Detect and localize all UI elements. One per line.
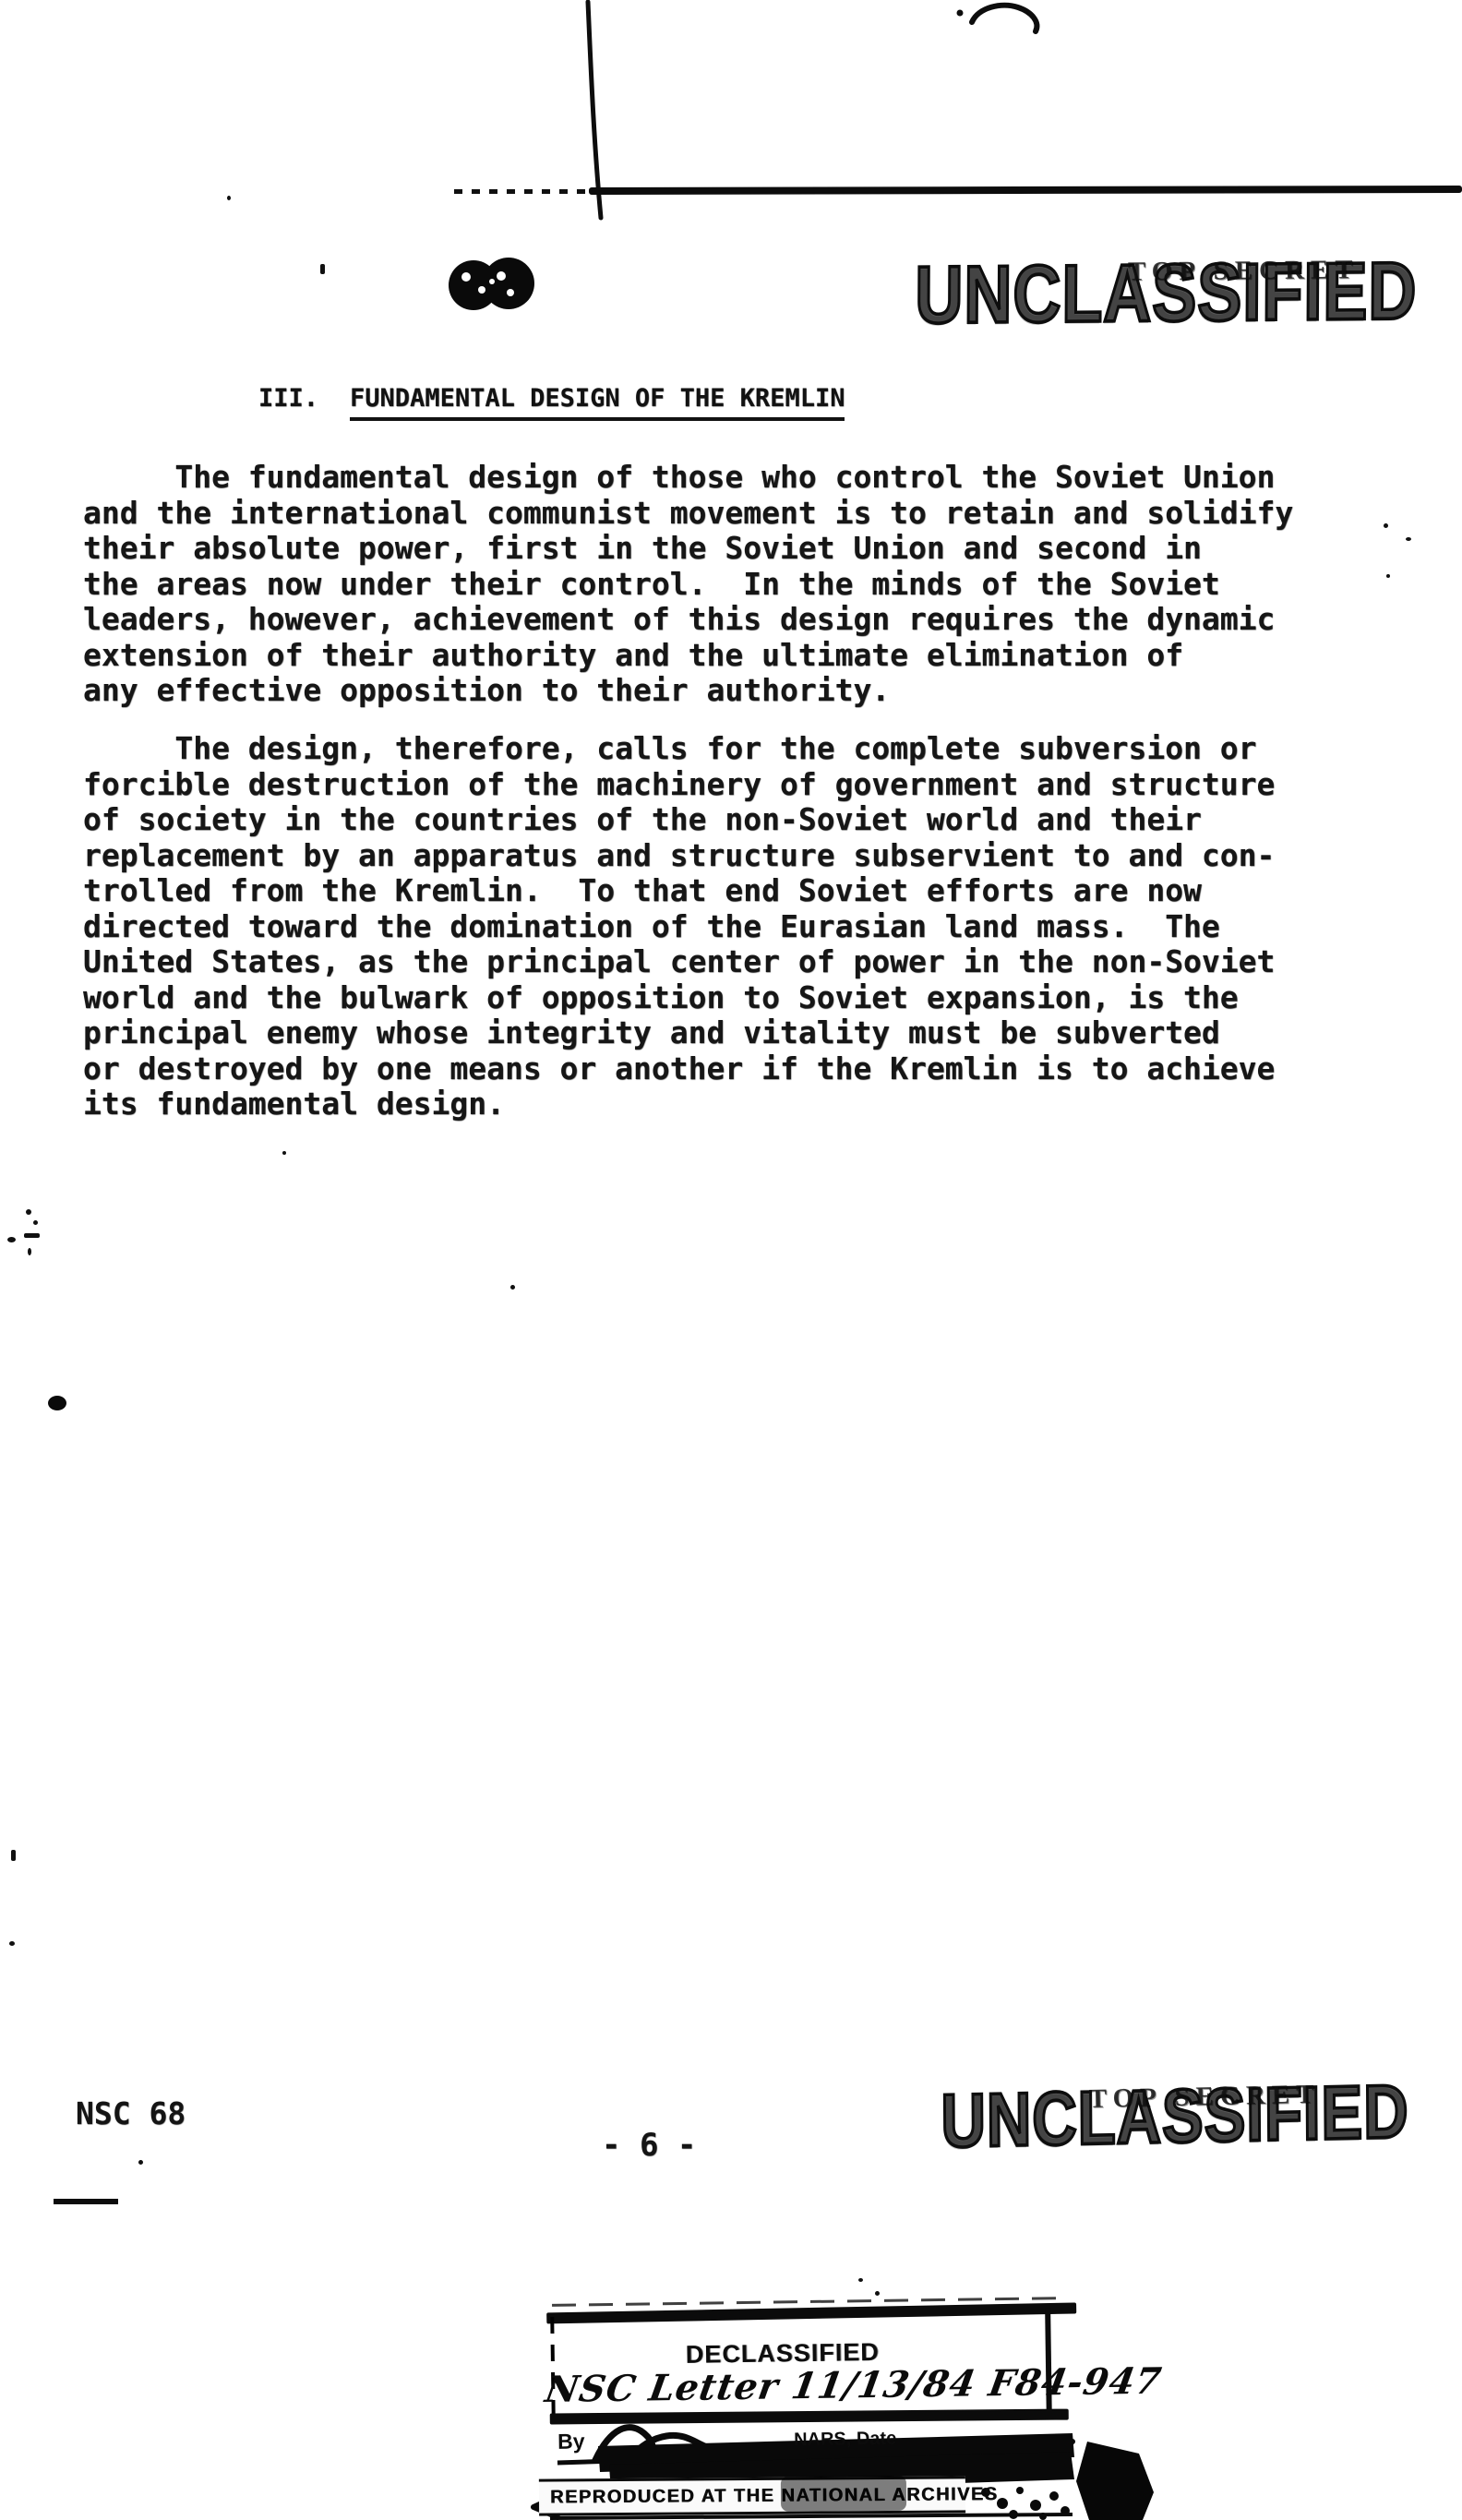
scanned-document-page: UNCLASSIFIED TOP SECRET III. FUNDAMENTAL…	[0, 0, 1462, 2520]
ink-speck	[9, 1941, 15, 1946]
box-bottom-bar	[550, 2409, 1069, 2425]
ink-speck	[28, 1248, 31, 1255]
declass-authority-handwriting: NSC Letter 11/13/84 F84-947	[543, 2360, 1121, 2411]
document-id: NSC 68	[76, 2095, 186, 2131]
ink-speck	[1384, 523, 1388, 528]
box-top-bar	[546, 2302, 1076, 2323]
ink-speck	[1406, 537, 1411, 541]
ink-blob	[449, 258, 534, 310]
ink-speck	[282, 1151, 286, 1155]
paragraph-1: The fundamental design of those who cont…	[83, 460, 1293, 709]
section-title: FUNDAMENTAL DESIGN OF THE KREMLIN	[350, 384, 845, 421]
ink-speck	[858, 2278, 863, 2282]
margin-blob	[48, 1396, 66, 1410]
ink-speck	[26, 1209, 31, 1215]
ink-speck	[510, 1285, 515, 1290]
pen-curl	[972, 6, 1037, 31]
ink-speck	[11, 1850, 16, 1861]
ink-speck	[7, 1237, 16, 1242]
top-rule	[589, 186, 1462, 195]
archives-stamp: REPRODUCED AT THE NATIONAL ARCHIVES	[539, 2476, 965, 2515]
ink-speck	[320, 264, 325, 274]
ink-speck	[24, 1233, 40, 1238]
top-rule-dashed	[454, 189, 593, 194]
nars-date-label: NARS, Date	[794, 2429, 896, 2452]
top-secret-overlay: TOP SECRET	[1128, 255, 1360, 287]
ink-speck	[1386, 574, 1390, 578]
paragraph-2: The design, therefore, calls for the com…	[83, 731, 1275, 1122]
unclassified-stamp-bottom: UNCLASSIFIED TOP SECRET	[941, 2069, 1410, 2150]
ink-speck	[227, 196, 231, 200]
top-secret-overlay: TOP SECRET	[1088, 2080, 1320, 2115]
unclassified-stamp-top: UNCLASSIFIED TOP SECRET	[916, 246, 1419, 326]
ink-speck	[875, 2291, 880, 2296]
pen-stroke	[588, 2, 601, 218]
ink-smudge	[781, 2476, 906, 2512]
ink-speck	[33, 1220, 38, 1225]
by-label: By	[557, 2429, 585, 2454]
section-heading: III. FUNDAMENTAL DESIGN OF THE KREMLIN	[258, 384, 845, 421]
archives-stamp-text: REPRODUCED AT THE NATIONAL ARCHIVES	[539, 2484, 999, 2508]
footer-tick-mark	[54, 2199, 118, 2204]
section-number: III.	[258, 384, 318, 421]
page-number: - 6 -	[602, 2127, 696, 2164]
ink-speck	[138, 2160, 143, 2165]
